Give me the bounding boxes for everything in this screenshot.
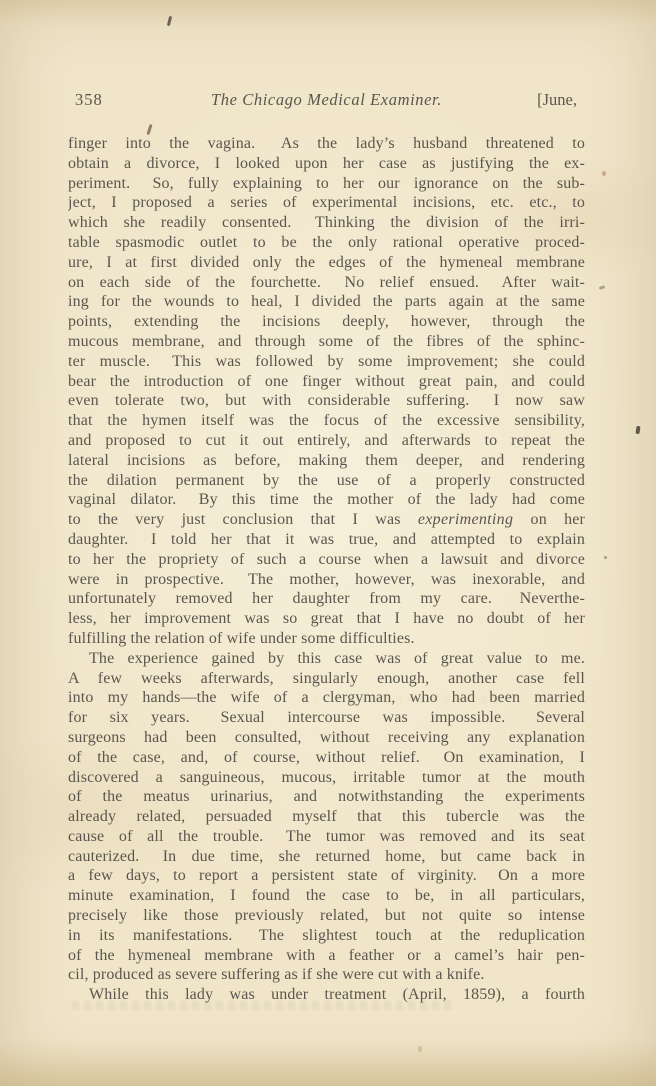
journal-title: The Chicago Medical Examiner. xyxy=(68,90,585,110)
text-line: fulfilling the relation of wife under so… xyxy=(68,629,585,649)
text-line: the dilation permanent by the use of a p… xyxy=(68,471,585,491)
text-line: finger into the vagina. As the lady’s hu… xyxy=(68,134,585,154)
text-line: daughter. I told her that it was true, a… xyxy=(68,530,585,550)
text-line: and proposed to cut it out entirely, and… xyxy=(68,431,585,451)
text-line: ure, I at first divided only the edges o… xyxy=(68,253,585,273)
text-line: points, extending the incisions deeply, … xyxy=(68,312,585,332)
text-line: unfortunately removed her daughter from … xyxy=(68,589,585,609)
text-line: which she readily consented. Thinking th… xyxy=(68,213,585,233)
text-line: to the very just conclusion that I was e… xyxy=(68,510,585,530)
text-block: finger into the vagina. As the lady’s hu… xyxy=(68,134,585,1005)
text-line: in its manifestations. The slightest tou… xyxy=(68,926,585,946)
foxing-speck xyxy=(418,1046,422,1052)
text-line: table spasmodic outlet to be the only ra… xyxy=(68,233,585,253)
ink-speck xyxy=(635,426,640,434)
text-line: that the hymen itself was the focus of t… xyxy=(68,411,585,431)
text-line: vaginal dilator. By this time the mother… xyxy=(68,490,585,510)
text-line: ject, I proposed a series of experimenta… xyxy=(68,193,585,213)
text-line: of the meatus urinarius, and notwithstan… xyxy=(68,787,585,807)
issue-date: [June, xyxy=(537,90,577,110)
text-line: less, her improvement was so great that … xyxy=(68,609,585,629)
text-line: bear the introduction of one finger with… xyxy=(68,372,585,392)
text-line: obtain a divorce, I looked upon her case… xyxy=(68,154,585,174)
text-line: of the case, and, of course, without rel… xyxy=(68,748,585,768)
text-line: While this lady was under treatment (Apr… xyxy=(68,985,585,1005)
text-line: a few days, to report a persistent state… xyxy=(68,866,585,886)
text-line: surgeons had been consulted, without rec… xyxy=(68,728,585,748)
text-line: cil, produced as severe suffering as if … xyxy=(68,965,585,985)
text-line: The experience gained by this case was o… xyxy=(68,649,585,669)
foxing-speck xyxy=(602,171,606,176)
text-line: already related, persuaded myself that t… xyxy=(68,807,585,827)
ink-speck xyxy=(599,285,606,290)
text-line: on each side of the fourchette. No relie… xyxy=(68,273,585,293)
text-line: discovered a sanguineous, mucous, irrita… xyxy=(68,768,585,788)
text-line: minute examination, I found the case to … xyxy=(68,886,585,906)
text-line: to her the propriety of such a course wh… xyxy=(68,550,585,570)
text-line: cause of all the trouble. The tumor was … xyxy=(68,827,585,847)
foxing-speck xyxy=(604,556,607,559)
text-line: lateral incisions as before, making them… xyxy=(68,451,585,471)
text-line: mucous membrane, and through some of the… xyxy=(68,332,585,352)
text-line: for six years. Sexual intercourse was im… xyxy=(68,708,585,728)
text-line: A few weeks afterwards, singularly enoug… xyxy=(68,669,585,689)
text-line: cauterized. In due time, she returned ho… xyxy=(68,847,585,867)
text-line: even tolerate two, but with considerable… xyxy=(68,391,585,411)
text-line: were in prospective. The mother, however… xyxy=(68,570,585,590)
ink-speck xyxy=(167,16,172,26)
text-line: precisely like those previously related,… xyxy=(68,906,585,926)
text-line: ing for the wounds to heal, I divided th… xyxy=(68,292,585,312)
page-header: 358 The Chicago Medical Examiner. [June, xyxy=(68,90,585,112)
text-line: into my hands—the wife of a clergyman, w… xyxy=(68,688,585,708)
scanned-book-page: 358 The Chicago Medical Examiner. [June,… xyxy=(0,0,656,1086)
text-line: periment. So, fully explaining to her ou… xyxy=(68,174,585,194)
text-line: ter muscle. This was followed by some im… xyxy=(68,352,585,372)
text-line: of the hymeneal membrane with a feather … xyxy=(68,946,585,966)
